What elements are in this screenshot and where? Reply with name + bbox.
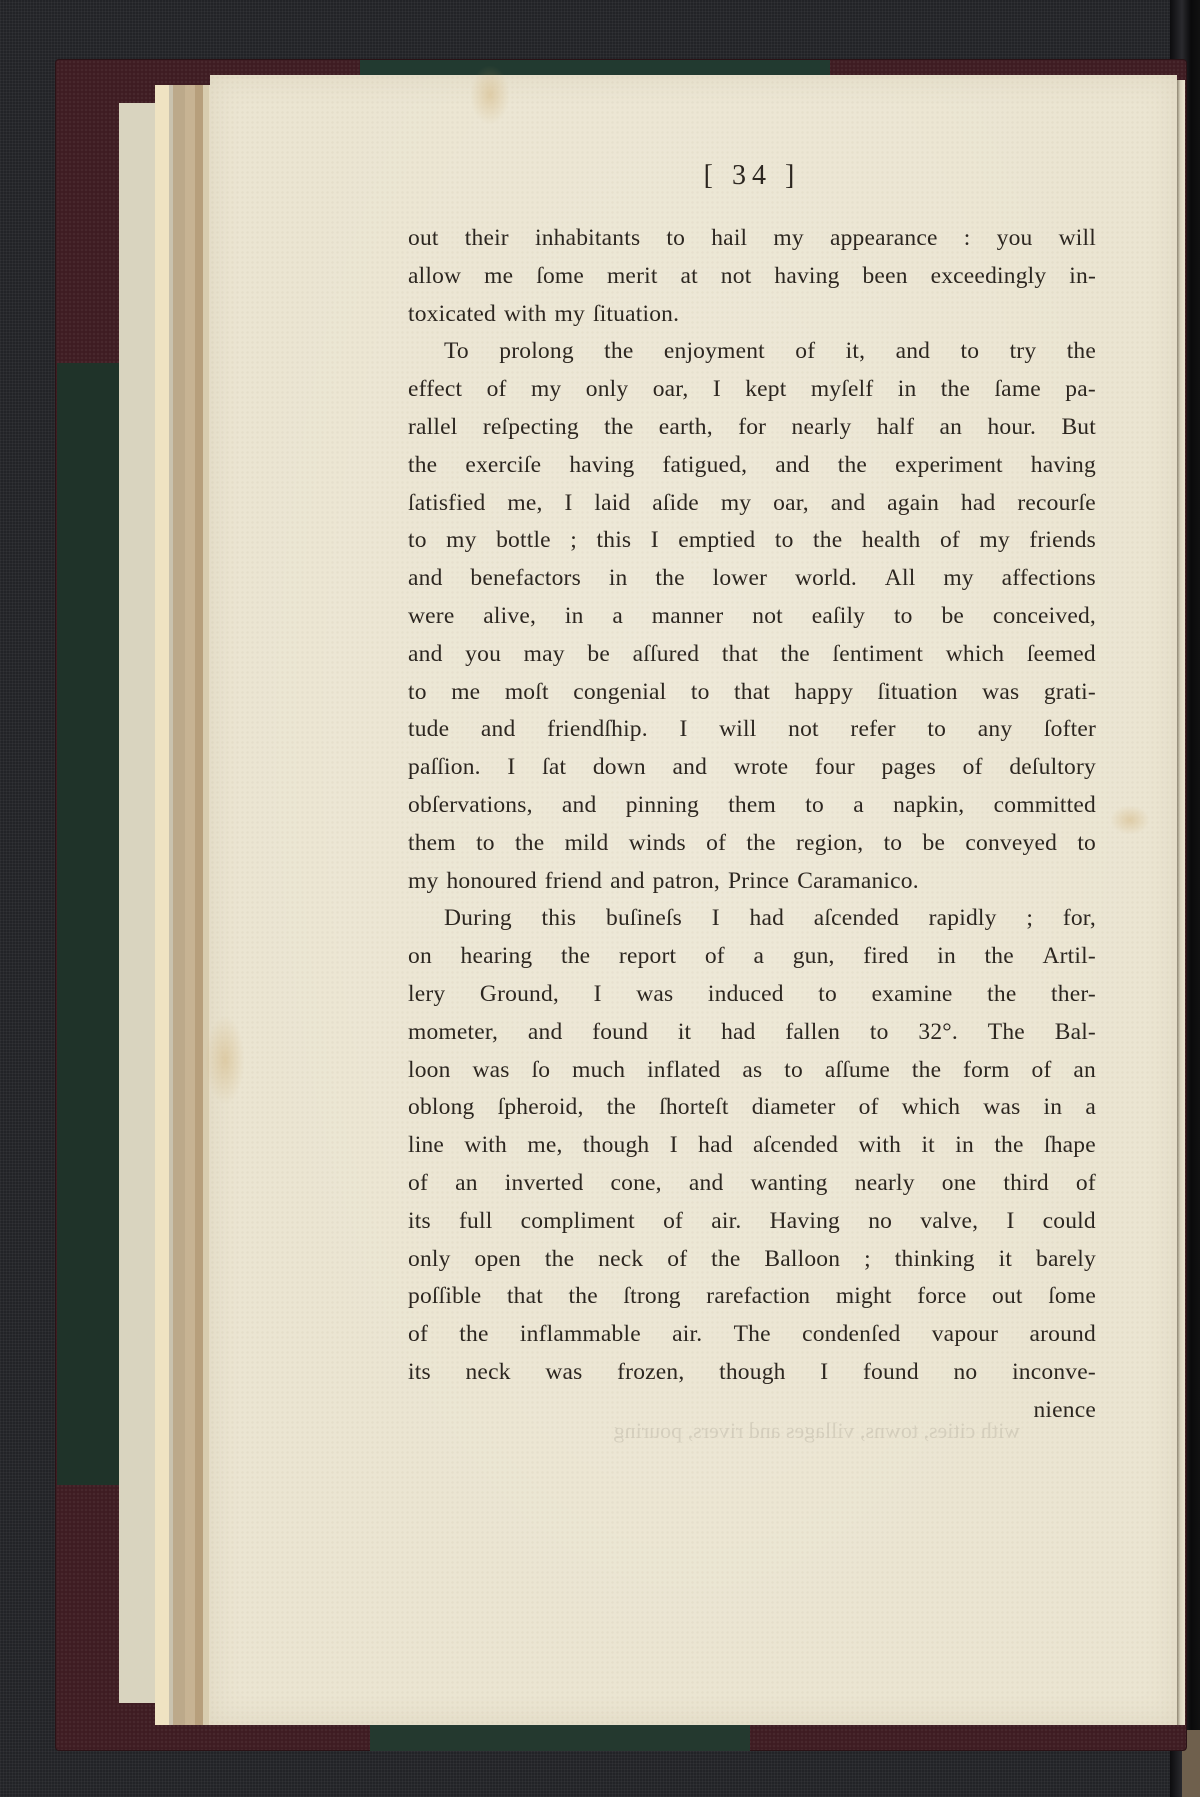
word: pages	[882, 749, 937, 787]
word: Ground,	[480, 976, 559, 1014]
word: ſituation	[878, 674, 958, 712]
text-line: effectofmyonlyoar,Ikeptmyſelfintheſamepa…	[408, 371, 1096, 409]
word: will	[1059, 220, 1096, 258]
word: friendſhip.	[547, 711, 648, 749]
word: in	[898, 371, 917, 409]
word: air.	[672, 1316, 702, 1354]
word: were	[408, 598, 454, 636]
word: in	[609, 560, 628, 598]
word: could	[1043, 1203, 1096, 1241]
word: ſhorteſt	[659, 1089, 728, 1127]
word: it	[678, 1014, 691, 1052]
text-line: leryGround,Iwasinducedtoexaminethether-	[408, 976, 1096, 1014]
word: ſatisfied	[408, 485, 486, 523]
text-line: allowmeſomemeritatnothavingbeenexceeding…	[408, 258, 1096, 296]
word: eaſily	[812, 598, 865, 636]
text-line: werealive,inamannernoteaſilytobeconceive…	[408, 598, 1096, 636]
text-line: ſatisfiedme,Ilaidaſidemyoar,andagainhadr…	[408, 485, 1096, 523]
word: grati-	[1044, 674, 1096, 712]
word: I	[712, 900, 720, 938]
word: having	[774, 258, 839, 296]
word: a	[753, 938, 764, 976]
word: conceived,	[993, 598, 1096, 636]
word: poſſible	[408, 1278, 481, 1316]
word: in-	[1069, 258, 1096, 296]
word: open	[475, 1241, 521, 1279]
text-line: tomybottle;thisIemptiedtothehealthofmyfr…	[408, 522, 1096, 560]
word: effect	[408, 371, 462, 409]
word: an	[940, 409, 963, 447]
text-line: myhonouredfriendandpatron,PrinceCaramani…	[408, 863, 1096, 901]
word: affections	[1002, 560, 1096, 598]
word: to	[927, 711, 946, 749]
word: me	[451, 674, 480, 712]
word: the	[813, 522, 842, 560]
word: may	[524, 636, 565, 674]
word: reſpecting	[483, 409, 579, 447]
word: I	[594, 976, 602, 1014]
word: diameter	[752, 1089, 836, 1127]
page-block-edges	[155, 85, 215, 1725]
text-line: rallelreſpectingtheearth,fornearlyhalfan…	[408, 409, 1096, 447]
text-line: toxicatedwithmyſituation.	[408, 296, 1096, 334]
word: to	[408, 522, 427, 560]
word: in	[565, 598, 584, 636]
catchword-line: nience	[408, 1392, 1096, 1430]
word: be	[941, 598, 964, 636]
word: form	[963, 1052, 1009, 1090]
word: rallel	[408, 409, 457, 447]
word: though	[719, 1354, 785, 1392]
word: my	[555, 296, 585, 334]
word: The	[988, 1014, 1025, 1052]
word: the	[912, 1052, 941, 1090]
word: to	[691, 674, 710, 712]
word: not	[752, 598, 783, 636]
text-line: linewithme,thoughIhadaſcendedwithitinthe…	[408, 1127, 1096, 1165]
word: Prince	[728, 863, 789, 901]
word: of	[706, 825, 726, 863]
text-line: andyoumaybeaſſuredthattheſentimentwhichſ…	[408, 636, 1096, 674]
word: out	[992, 1278, 1023, 1316]
word: manner	[652, 598, 724, 636]
word: the	[994, 1127, 1023, 1165]
word: my	[446, 522, 476, 560]
word: inhabitants	[535, 220, 640, 258]
word: the	[408, 447, 437, 485]
word: to	[961, 333, 980, 371]
word: oblong	[408, 1089, 474, 1127]
word: aſcended	[753, 1127, 838, 1165]
word: their	[465, 220, 509, 258]
word: nearly	[855, 1165, 915, 1203]
word: which	[946, 636, 1004, 674]
word: the	[781, 636, 810, 674]
word: be	[923, 825, 946, 863]
word: the	[941, 371, 970, 409]
word: neck	[598, 1241, 643, 1279]
word: pa-	[1065, 371, 1096, 409]
word: pinning	[626, 787, 699, 825]
word: ſtrong	[623, 1278, 680, 1316]
word: toxicated	[408, 296, 496, 334]
word: fallen	[785, 1014, 840, 1052]
word: exerciſe	[465, 447, 541, 485]
text-line: itsneckwasfrozen,thoughIfoundnoinconve-	[408, 1354, 1096, 1392]
word: of	[667, 1241, 687, 1279]
word: on	[408, 938, 432, 976]
foxing-stain	[1110, 805, 1150, 835]
word: and	[610, 863, 645, 901]
word: I	[651, 522, 659, 560]
word: had	[961, 485, 996, 523]
word: half	[877, 409, 914, 447]
page-number: [ 34 ]	[408, 160, 1096, 220]
word: four	[815, 749, 855, 787]
word: ſpheroid,	[498, 1089, 584, 1127]
word: hearing	[461, 938, 533, 976]
word: committed	[994, 787, 1096, 825]
word: I	[679, 711, 687, 749]
word: alive,	[483, 598, 536, 636]
word: having	[1031, 447, 1096, 485]
word: friend	[545, 863, 602, 901]
word: and	[481, 711, 516, 749]
word: of	[487, 371, 507, 409]
word: I	[820, 1354, 828, 1392]
word: was	[983, 1089, 1020, 1127]
green-leather-bottom-strip	[370, 1725, 750, 1751]
word: I	[564, 485, 572, 523]
word: to	[884, 825, 903, 863]
word: down	[593, 749, 646, 787]
word: that	[507, 1278, 543, 1316]
word: congenial	[573, 674, 666, 712]
word: though	[583, 1127, 649, 1165]
word: any	[978, 711, 1013, 749]
word: thinking	[895, 1241, 975, 1279]
word: inflammable	[520, 1316, 641, 1354]
word: not	[788, 711, 819, 749]
word: Bal-	[1055, 1014, 1096, 1052]
text-line: paſſion.Iſatdownandwrotefourpagesofdeſul…	[408, 749, 1096, 787]
word: induced	[708, 976, 784, 1014]
word: ſat	[542, 749, 566, 787]
word: All	[885, 560, 916, 598]
word: Caramanico.	[797, 863, 919, 901]
text-line: DuringthisbuſineſsIhadaſcendedrapidly;fo…	[408, 900, 1096, 938]
word: ſofter	[1044, 711, 1096, 749]
word: moſt	[505, 674, 549, 712]
word: the	[604, 333, 633, 371]
word: refer	[850, 711, 895, 749]
word: lower	[713, 560, 768, 598]
word: ſame	[994, 371, 1040, 409]
word: was	[982, 674, 1019, 712]
word: and	[831, 485, 866, 523]
word: aſide	[652, 485, 699, 523]
word: allow	[408, 258, 461, 296]
word: I	[713, 371, 721, 409]
word: patron,	[653, 863, 720, 901]
word: cone,	[611, 1165, 662, 1203]
word: aſcended	[814, 900, 899, 938]
word: happy	[795, 674, 853, 712]
word: mild	[565, 825, 609, 863]
word: inconve-	[1012, 1354, 1096, 1392]
word: the	[459, 1316, 488, 1354]
page-text: [ 34 ] outtheirinhabitantstohailmyappear…	[408, 160, 1096, 1430]
word: kept	[745, 371, 786, 409]
word: valve,	[920, 1203, 978, 1241]
text-line: outtheirinhabitantstohailmyappearance:yo…	[408, 220, 1096, 258]
word: friends	[1029, 522, 1096, 560]
word: rarefaction	[706, 1278, 810, 1316]
word: hail	[711, 220, 747, 258]
word: gun,	[793, 938, 835, 976]
word: of	[795, 333, 815, 371]
word: rapidly	[929, 900, 997, 938]
word: and	[775, 447, 810, 485]
word: oar,	[773, 485, 809, 523]
word: report	[619, 938, 676, 976]
text-line: loonwasſomuchinflatedastoaſſumetheformof…	[408, 1052, 1096, 1090]
word: I	[507, 749, 515, 787]
word: a	[612, 598, 623, 636]
word: third	[1003, 1165, 1048, 1203]
word: ther-	[1051, 976, 1096, 1014]
word: in	[955, 1127, 974, 1165]
word: my	[531, 371, 561, 409]
word: the	[1067, 333, 1096, 371]
word: the	[545, 1241, 574, 1279]
text-line: itsfullcomplimentofair.Havingnovalve,Ico…	[408, 1203, 1096, 1241]
word: barely	[1036, 1241, 1096, 1279]
word: only	[586, 371, 629, 409]
word: :	[964, 220, 971, 258]
word: will	[719, 711, 756, 749]
word: ſome	[536, 258, 584, 296]
word: neck	[465, 1354, 510, 1392]
word: force	[917, 1278, 966, 1316]
foxing-stain	[470, 65, 510, 125]
word: fatigued,	[663, 447, 748, 485]
word: in	[1044, 1089, 1063, 1127]
word: loon	[408, 1052, 451, 1090]
word: During	[444, 900, 512, 938]
word: had	[750, 900, 785, 938]
word: of	[1076, 1165, 1096, 1203]
word: to	[805, 787, 824, 825]
word: be	[587, 636, 610, 674]
word: ;	[570, 522, 577, 560]
word: aſſured	[633, 636, 700, 674]
word: this	[542, 900, 577, 938]
word: which	[902, 1089, 960, 1127]
text-line: oblongſpheroid,theſhorteſtdiameterofwhic…	[408, 1089, 1096, 1127]
word: try	[1010, 333, 1037, 371]
word: tude	[408, 711, 449, 749]
word: to	[870, 1014, 889, 1052]
word: and	[408, 560, 443, 598]
word: aſſume	[825, 1052, 890, 1090]
word: buſineſs	[606, 900, 682, 938]
word: the	[987, 976, 1016, 1014]
word: The	[734, 1316, 771, 1354]
word: merit	[607, 258, 658, 296]
word: of	[1032, 1052, 1052, 1090]
word: my	[773, 220, 803, 258]
word: an	[455, 1165, 478, 1203]
word: the	[604, 409, 633, 447]
next-page-edge	[1177, 80, 1185, 1725]
text-line: poſſiblethattheſtrongrarefactionmightfor…	[408, 1278, 1096, 1316]
word: ſo	[532, 1052, 551, 1090]
word: and	[673, 749, 708, 787]
word: and	[689, 1165, 724, 1203]
word: wanting	[751, 1165, 828, 1203]
word: found	[863, 1354, 919, 1392]
word: had	[721, 1014, 756, 1052]
word: of	[859, 1089, 879, 1127]
text-line: Toprolongtheenjoymentofit,andtotrythe	[408, 333, 1096, 371]
word: was	[636, 976, 673, 1014]
paragraphs: outtheirinhabitantstohailmyappearance:yo…	[408, 220, 1096, 1392]
word: at	[680, 258, 697, 296]
text-line: tudeandfriendſhip.Iwillnotrefertoanyſoft…	[408, 711, 1096, 749]
word: had	[698, 1127, 733, 1165]
word: condenſed	[802, 1316, 900, 1354]
word: 32°.	[918, 1014, 958, 1052]
word: to	[408, 674, 427, 712]
word: Having	[770, 1203, 840, 1241]
word: to	[476, 825, 495, 863]
word: not	[721, 258, 752, 296]
word: full	[459, 1203, 492, 1241]
word: lery	[408, 976, 445, 1014]
word: bottle	[496, 522, 551, 560]
word: and	[896, 333, 931, 371]
word: me	[484, 258, 513, 296]
word: ;	[1026, 900, 1033, 938]
text-line: obſervations,andpinningthemtoanapkin,com…	[408, 787, 1096, 825]
text-line: onhearingthereportofagun,firedintheArtil…	[408, 938, 1096, 976]
word: it,	[846, 333, 866, 371]
word: wrote	[734, 749, 789, 787]
word: to	[818, 976, 837, 1014]
word: been	[862, 258, 907, 296]
word: it	[999, 1241, 1012, 1279]
word: of	[705, 938, 725, 976]
word: an	[1073, 1052, 1096, 1090]
word: and	[408, 636, 443, 674]
word: recourſe	[1017, 485, 1096, 523]
word: of	[940, 522, 960, 560]
word: with	[464, 1127, 507, 1165]
word: in	[937, 938, 956, 976]
word: the	[746, 825, 775, 863]
text-line: tomemoſtcongenialtothathappyſituationwas…	[408, 674, 1096, 712]
word: to	[894, 598, 913, 636]
text-line: onlyopentheneckoftheBalloon;thinkingitba…	[408, 1241, 1096, 1279]
word: conveyed	[965, 825, 1057, 863]
word: To	[444, 333, 469, 371]
word: only	[408, 1241, 451, 1279]
word: that	[722, 636, 758, 674]
text-line: mometer,andfoundithadfallento32°.TheBal-	[408, 1014, 1096, 1052]
word: with	[859, 1127, 902, 1165]
word: of	[408, 1316, 428, 1354]
word: the	[607, 1089, 636, 1127]
word: again	[887, 485, 939, 523]
word: of	[663, 1203, 683, 1241]
text-line: themtothemildwindsoftheregion,tobeconvey…	[408, 825, 1096, 863]
catchword: nience	[1033, 1392, 1096, 1430]
word: inflated	[647, 1052, 720, 1090]
word: ſituation.	[593, 296, 679, 334]
word: Balloon	[764, 1241, 840, 1279]
word: them	[408, 825, 456, 863]
word: to	[666, 220, 685, 258]
word: the	[561, 938, 590, 976]
word: compliment	[521, 1203, 635, 1241]
word: benefactors	[470, 560, 581, 598]
word: honoured	[446, 863, 536, 901]
word: air.	[711, 1203, 741, 1241]
word: was	[545, 1354, 582, 1392]
word: to	[784, 1052, 803, 1090]
word: winds	[629, 825, 686, 863]
word: experiment	[895, 447, 1003, 485]
green-leather-spine-strip	[57, 363, 119, 1485]
word: vapour	[932, 1316, 998, 1354]
text-line: andbenefactorsinthelowerworld.Allmyaffec…	[408, 560, 1096, 598]
word: the	[515, 825, 544, 863]
word: paſſion.	[408, 749, 481, 787]
word: no	[953, 1354, 977, 1392]
word: examine	[872, 976, 953, 1014]
word: appearance	[830, 220, 938, 258]
text-line: ofaninvertedcone,andwantingnearlyonethir…	[408, 1165, 1096, 1203]
word: But	[1061, 409, 1096, 447]
word: ;	[864, 1241, 871, 1279]
word: for	[738, 409, 766, 447]
word: the	[569, 1278, 598, 1316]
word: ſome	[1048, 1278, 1096, 1316]
word: with	[504, 296, 547, 334]
word: exceedingly	[931, 258, 1047, 296]
word: deſultory	[1009, 749, 1096, 787]
word: my	[408, 863, 438, 901]
word: this	[597, 522, 632, 560]
word: a	[1085, 1089, 1096, 1127]
word: prolong	[499, 333, 574, 371]
word: world.	[795, 560, 857, 598]
word: my	[979, 522, 1009, 560]
word: a	[853, 787, 864, 825]
word: its	[408, 1354, 431, 1392]
word: no	[868, 1203, 892, 1241]
word: the	[838, 447, 867, 485]
word: line	[408, 1127, 444, 1165]
word: my	[721, 485, 751, 523]
word: the	[985, 938, 1014, 976]
word: inverted	[505, 1165, 584, 1203]
word: my	[943, 560, 973, 598]
text-line: theexerciſehavingfatigued,andtheexperime…	[408, 447, 1096, 485]
word: it	[921, 1127, 934, 1165]
word: me,	[507, 485, 542, 523]
